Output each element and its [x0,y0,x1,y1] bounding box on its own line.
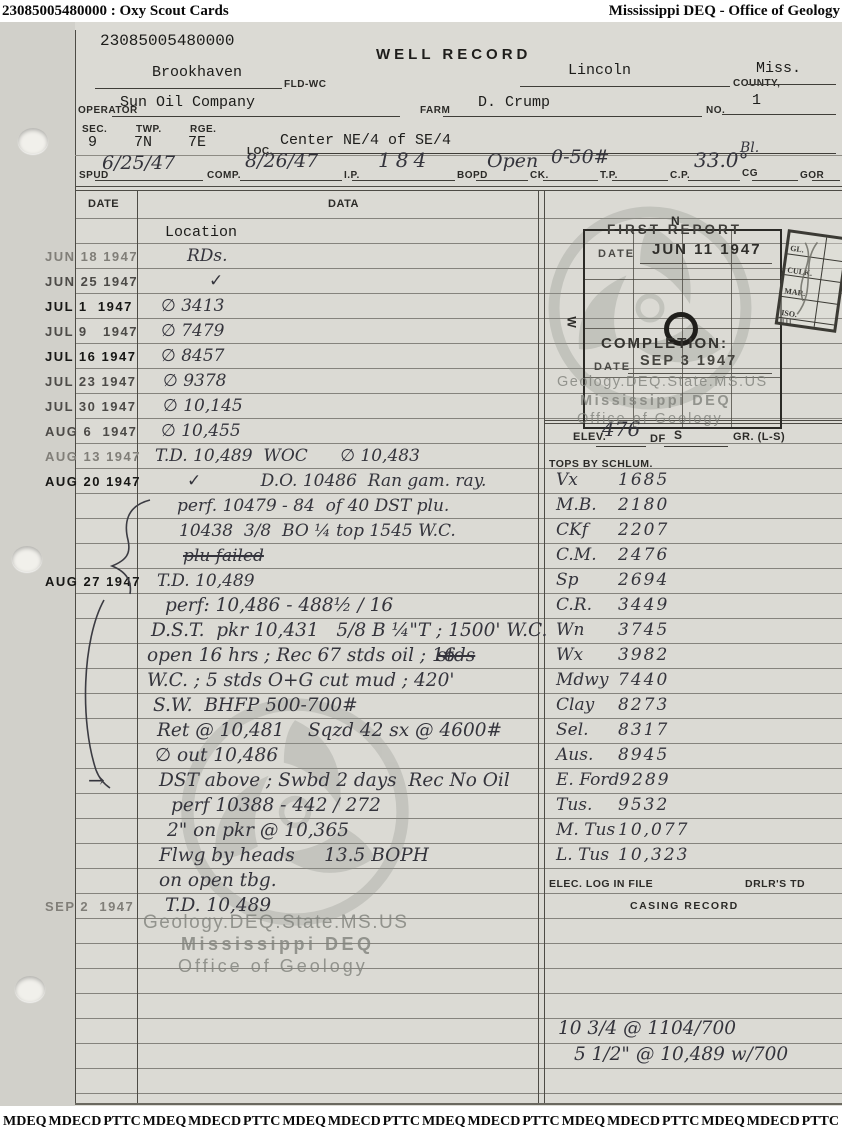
date-stamp: AUG 13 1947 [45,449,141,464]
formation-depth: 7440 [618,670,669,694]
log-entry-text: T.D. 10,489 [157,571,255,591]
loc-value: Center NE/4 of SE/4 [280,132,451,149]
tops-row: Sel.8317 [556,720,669,744]
watermark-url-bottom: Geology.DEQ.State.MS.US [143,912,408,934]
tops-row: M. Tus10,077 [556,820,689,844]
tops-row: M.B.2180 [556,495,669,519]
comp-value: 8/26/47 [245,150,318,172]
double-rule-top-1 [75,186,842,187]
log-entry-text: 2" on pkr @ 10,365 [167,820,349,841]
compass-west: W [565,316,579,327]
first-report-date-label: DATE [598,248,635,260]
tops-row: CKf2207 [556,520,669,544]
date-stamp: SEP 2 1947 [45,899,134,914]
watermark-geology-top: Office of Geology [577,411,723,427]
footer-bar: MDEQMDECDPTTCMDEQMDECDPTTCMDEQMDECDPTTCM… [0,1106,842,1138]
cp-underline [688,180,740,181]
footer-token: PTTC [103,1114,140,1130]
formation-name: Vx [556,470,618,494]
formation-name: M.B. [556,495,618,519]
page: 23085005480000 : Oxy Scout Cards Mississ… [0,0,842,1138]
footer-token: MDECD [607,1114,660,1130]
state-name: Miss. [756,60,801,77]
footer-token: MDEQ [282,1114,326,1130]
log-entry-text: ∅ out 10,486 [155,745,278,766]
footer-token: MDEQ [3,1114,47,1130]
casing-entry: 5 1/2" @ 10,489 w/700 [574,1044,788,1065]
formation-name: CKf [556,520,618,544]
well-no-value: 1 [752,92,761,109]
date-stamp: JUN 25 1947 [45,274,138,289]
bopd-underline [476,180,528,181]
footer-token: PTTC [802,1114,839,1130]
formation-depth: 2694 [618,570,669,594]
ck-underline [543,180,598,181]
data-column-header: DATA [328,198,359,210]
log-entry-text: Flwg by heads 13.5 BOPH [159,845,429,866]
log-entry-text: Ret @ 10,481 Sqzd 42 sx @ 4600# [157,720,502,741]
completion-date: SEP 3 1947 [640,353,737,369]
log-entry-text: perf: 10,486 - 488½ / 16 [165,595,393,616]
log-entry-text: ∅ 10,145 [163,396,243,416]
log-entry-text: ∅ 3413 [161,296,224,316]
operator-name: Sun Oil Company [120,94,255,111]
log-entry-text: ✓ D.O. 10486 Ran gam. ray. [187,471,486,491]
date-stamp: JUL 23 1947 [45,374,136,389]
footer-token: MDECD [747,1114,800,1130]
elev-underline-2 [664,446,728,447]
county-underline [520,86,730,87]
well-no-underline [722,114,836,115]
formation-name: Aus. [556,745,618,769]
formation-name: Mdwy [556,670,618,694]
tops-row: Sp2694 [556,570,669,594]
log-entry-text: W.C. ; 5 stds O+G cut mud ; 420' [147,670,454,691]
rge-value: 7E [188,134,206,151]
footer-token: MDEQ [422,1114,466,1130]
tops-row: C.R.3449 [556,595,669,619]
cg-underline [752,180,798,181]
elec-log-label: ELEC. LOG IN FILE [549,878,653,890]
operator-underline [112,116,400,117]
first-report-date: JUN 11 1947 [652,241,762,258]
date-stamp: AUG 6 1947 [45,424,137,439]
formation-name: Tus. [556,795,618,819]
farm-underline [443,116,702,117]
formation-depth: 2180 [618,495,669,519]
formation-depth: 9532 [618,795,669,819]
formation-depth: 3449 [618,595,669,619]
punch-hole-top [18,128,48,154]
tops-row: Vx1685 [556,470,669,494]
punch-hole-middle [12,546,42,572]
log-entry-text: ∅ 10,455 [161,421,241,441]
sec-value: 9 [88,134,97,151]
formation-name: C.M. [556,545,618,569]
formation-depth: 10,323 [618,845,689,869]
ip-value: 184 [378,148,431,172]
watermark-geology-bottom: Office of Geology [178,956,368,977]
log-entry-text: DST above ; Swbd 2 days Rec No Oil [159,770,510,791]
casing-record-label: CASING RECORD [630,900,739,912]
scan-header-right: Mississippi DEQ - Office of Geology [609,3,840,20]
punch-hole-bottom [15,976,45,1002]
date-stamp: JUL 9 1947 [45,324,138,339]
elev-df-label: DF [650,433,666,445]
formation-depth: 10,077 [618,820,689,844]
elev-gr-label: GR. (L-S) [733,431,785,443]
footer-token: MDECD [188,1114,241,1130]
log-entry-text: T.D. 10,489 WOC ∅ 10,483 [155,446,420,466]
log-entry-text: ∅ 7479 [161,321,224,341]
tops-label: TOPS BY SCHLUM. [549,458,653,470]
formation-depth: 8273 [618,695,669,719]
log-entry-text: Location [165,224,237,241]
ip-underline [352,180,455,181]
formation-name: Wn [556,620,618,644]
tops-row: E. Ford9289 [556,770,671,794]
formation-name: Wx [556,645,618,669]
formation-name: E. Ford [556,770,619,794]
formation-name: Clay [556,695,618,719]
log-entry-text: plu failed [183,546,264,566]
farm-name: D. Crump [478,94,550,111]
formation-depth: 3745 [618,620,669,644]
completion-date-label: DATE [594,361,631,373]
scanned-well-record-card: 23085005480000 WELL RECORD Brookhaven FL… [0,22,842,1106]
tops-row: Wn3745 [556,620,669,644]
log-entry-text: perf 10388 - 442 / 272 [171,795,381,816]
tops-row: Clay8273 [556,695,669,719]
date-stamp: JUN 18 1947 [45,249,138,264]
footer-token: MDECD [328,1114,381,1130]
cg-label: CG [742,168,758,179]
date-stamp: AUG 20 1947 [45,474,141,489]
formation-depth: 8317 [618,720,669,744]
formation-depth: 1685 [618,470,669,494]
footer-token: PTTC [383,1114,420,1130]
footer-token: MDECD [467,1114,520,1130]
footer-token: MDEQ [562,1114,606,1130]
footer-token: MDEQ [701,1114,745,1130]
formation-depth: 3982 [618,645,669,669]
tops-row: Mdwy7440 [556,670,669,694]
date-column-header: DATE [88,198,119,210]
watermark-deq-top: Mississippi DEQ [580,393,731,409]
log-entry-struck-text: stds [437,645,475,666]
county-name: Lincoln [568,62,631,79]
tops-row: Tus.9532 [556,795,669,819]
elev-underline-1 [596,446,646,447]
field-name: Brookhaven [152,64,242,81]
drlrs-td-label: DRLR'S TD [745,878,805,890]
tops-row: C.M.2476 [556,545,669,569]
double-rule-top-2 [75,190,842,191]
scan-header-left: 23085005480000 : Oxy Scout Cards [2,3,229,20]
compass-south: S [674,428,682,442]
formation-name: Sel. [556,720,618,744]
comp-label: COMP. [207,170,241,181]
date-stamp: JUL 30 1947 [45,399,136,414]
completion-stamp: COMPLETION: [601,335,728,352]
scan-header-bar: 23085005480000 : Oxy Scout Cards Mississ… [0,0,842,22]
spud-value: 6/25/47 [102,152,175,174]
log-entry-text: 10438 3/8 BO ¼ top 1545 W.C. [179,521,456,541]
formation-name: M. Tus [556,820,618,844]
tops-row: Wx3982 [556,645,669,669]
log-entry-text: ∅ 9378 [163,371,226,391]
formation-depth: 8945 [618,745,669,769]
casing-entry: 10 3/4 @ 1104/700 [558,1018,736,1039]
field-underline [95,88,282,89]
comp-underline [240,180,342,181]
tops-row: Aus.8945 [556,745,669,769]
state-underline [748,84,836,85]
cp-note: Bl. [740,140,759,156]
log-entry-text: open 16 hrs ; Rec 67 stds oil ; 16 [147,645,461,666]
formation-name: Sp [556,570,618,594]
date-stamp: JUL 16 1947 [45,349,136,364]
footer-token: PTTC [243,1114,280,1130]
log-entry-text: ✓ [209,271,223,291]
formation-depth: 2476 [618,545,669,569]
formation-name: C.R. [556,595,618,619]
spud-underline [95,180,203,181]
log-entry-text: perf. 10479 - 84 of 40 DST plu. [177,496,449,516]
formation-depth: 9289 [619,770,670,794]
formation-name: L. Tus [556,845,618,869]
watermark-url-top: Geology.DEQ.State.MS.US [557,374,768,390]
footer-token: MDECD [49,1114,102,1130]
bopd-value: Open [487,150,538,172]
first-report-stamp: FIRST REPORT [607,222,742,237]
log-entry-text: S.W. BHFP 500-700# [153,695,358,716]
formation-depth: 2207 [618,520,669,544]
tp-underline [612,180,668,181]
log-entry-text: on open tbg. [159,870,277,891]
gor-underline [812,180,840,181]
tops-row: L. Tus10,323 [556,845,689,869]
card-title: WELL RECORD [376,46,531,63]
log-entry-text: ∅ 8457 [161,346,224,366]
date-stamp: AUG 27 1947 [45,574,141,589]
footer-token: PTTC [662,1114,699,1130]
ck-value: 0-50# [551,146,610,168]
plat-grid-h1 [585,279,780,280]
field-label: FLD-WC [284,79,326,90]
farm-label: FARM [420,105,450,116]
corner-stamp-scrawl [778,233,842,330]
plat-grid-v3 [731,231,732,427]
first-report-underline [640,263,772,264]
footer-token: PTTC [522,1114,559,1130]
margin-arrow: → [88,768,105,792]
twp-value: 7N [134,134,152,151]
footer-token: MDEQ [143,1114,187,1130]
card-bottom-edge [75,1103,842,1105]
log-entry-text: RDs. [187,246,228,266]
corner-reference-stamp: GL. CULK. MAR. ISO. [775,229,842,333]
api-number: 23085005480000 [100,32,234,50]
watermark-deq-bottom: Mississippi DEQ [181,934,375,955]
date-stamp: JUL 1 1947 [45,299,133,314]
log-entry-text: D.S.T. pkr 10,431 5/8 B ¼"T ; 1500' W.C. [151,620,547,641]
